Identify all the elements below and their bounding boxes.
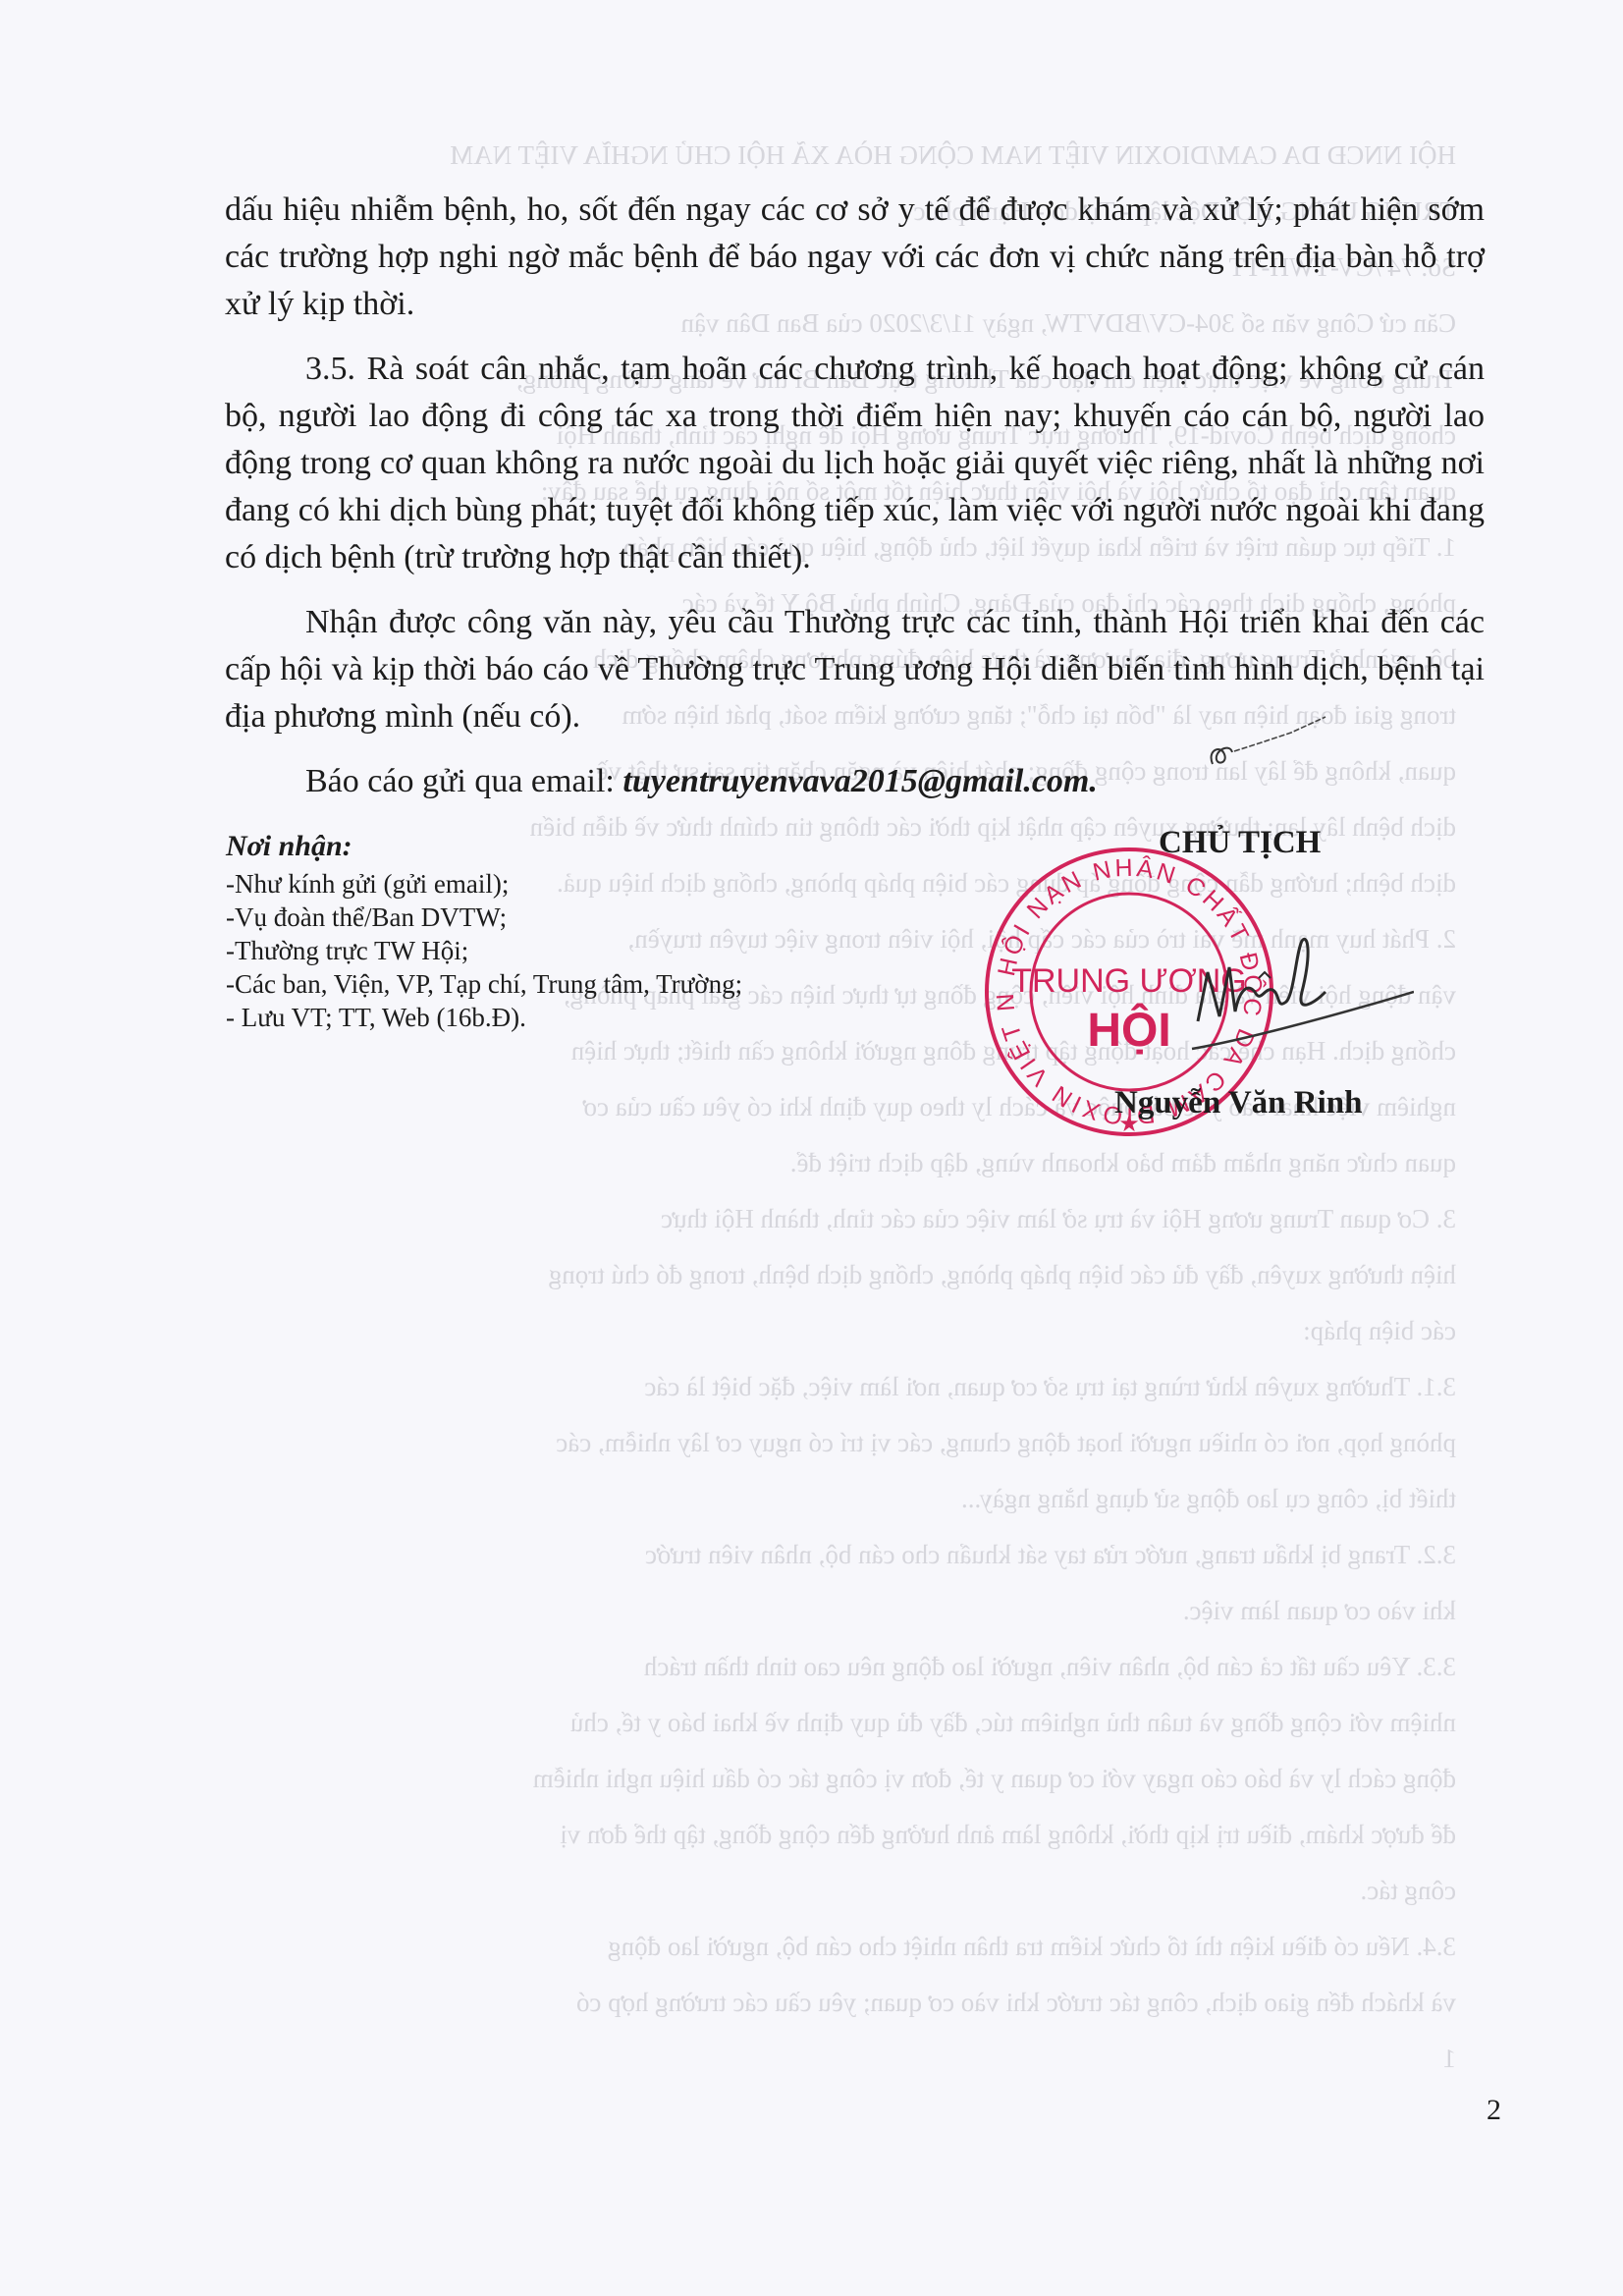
show-through-line: 3.1. Thường xuyên khử trùng tại trụ sở c… (147, 1364, 1456, 1409)
recipient-item: -Như kính gửi (gửi email); (226, 867, 742, 901)
show-through-line: công tác. (147, 1868, 1456, 1913)
show-through-line: động cách ly và báo cáo ngay với cơ quan… (147, 1756, 1456, 1801)
recipients-title: Nơi nhận: (226, 830, 742, 863)
svg-text:HỘI: HỘI (1087, 1003, 1170, 1057)
initial-mark-icon (1203, 707, 1330, 776)
show-through-line: nhiệm với cộng đồng và tuân thủ nghiêm t… (147, 1700, 1456, 1745)
recipient-item: -Các ban, Viện, VP, Tạp chí, Trung tâm, … (226, 967, 742, 1001)
recipients-block: Nơi nhận: -Như kính gửi (gửi email); -Vụ… (226, 830, 742, 1034)
show-through-line: các biện pháp: (147, 1308, 1456, 1353)
paragraph-continuation: dấu hiệu nhiễm bệnh, ho, sốt đến ngay cá… (225, 187, 1485, 328)
show-through-line: thiết bị, công cụ lao động sử dụng hằng … (147, 1476, 1456, 1521)
show-through-line: phòng họp, nơi có nhiều người hoạt động … (147, 1420, 1456, 1465)
email-label: Báo cáo gửi qua email: (305, 763, 622, 799)
recipient-item: -Vụ đoàn thể/Ban DVTW; (226, 901, 742, 934)
show-through-line: 3.3. Yêu cầu tất cả cán bộ, nhân viên, n… (147, 1644, 1456, 1689)
show-through-line: 1 (147, 2036, 1456, 2081)
show-through-line: hiện thường xuyên, đầy đủ các biện pháp … (147, 1252, 1456, 1297)
show-through-line: khi vào cơ quan làm việc. (147, 1588, 1456, 1633)
show-through-line: và khách đến giao dịch, công tác trước k… (147, 1980, 1456, 2025)
signer-name: Nguyễn Văn Rinh (1114, 1085, 1362, 1121)
show-through-line: để được khám, điều trị kịp thời, không l… (147, 1812, 1456, 1857)
recipient-item: -Thường trực TW Hội; (226, 934, 742, 967)
email-address: tuyentruyenvava2015@gmail.com. (622, 763, 1097, 799)
paragraph-3-5: 3.5. Rà soát cân nhắc, tạm hoãn các chươ… (225, 346, 1485, 581)
show-through-line: 3.4. Nếu có điều kiện thì tổ chức kiểm t… (147, 1924, 1456, 1969)
signature-block: HỘI NẠN NHÂN CHẤT ĐỘC DA CAM DIOXIN VIỆT… (982, 825, 1414, 1139)
show-through-line: 3.2. Trang bị khẩu trang, nước rửa tay s… (147, 1532, 1456, 1577)
page-number: 2 (1487, 2094, 1501, 2127)
handwritten-signature-icon (1178, 933, 1414, 1061)
show-through-line: quan chức năng nhằm đảm bảo khoanh vùng,… (147, 1140, 1456, 1185)
signer-title: CHỦ TỊCH (1159, 825, 1321, 861)
show-through-line: HỘI NNCĐ DA CAM/DIOXIN VIỆT NAM CỘNG HÒA… (147, 133, 1456, 178)
show-through-line: 3. Cơ quan Trung ương Hội và trụ sở làm … (147, 1196, 1456, 1241)
recipient-item: - Lưu VT; TT, Web (16b.Đ). (226, 1001, 742, 1034)
